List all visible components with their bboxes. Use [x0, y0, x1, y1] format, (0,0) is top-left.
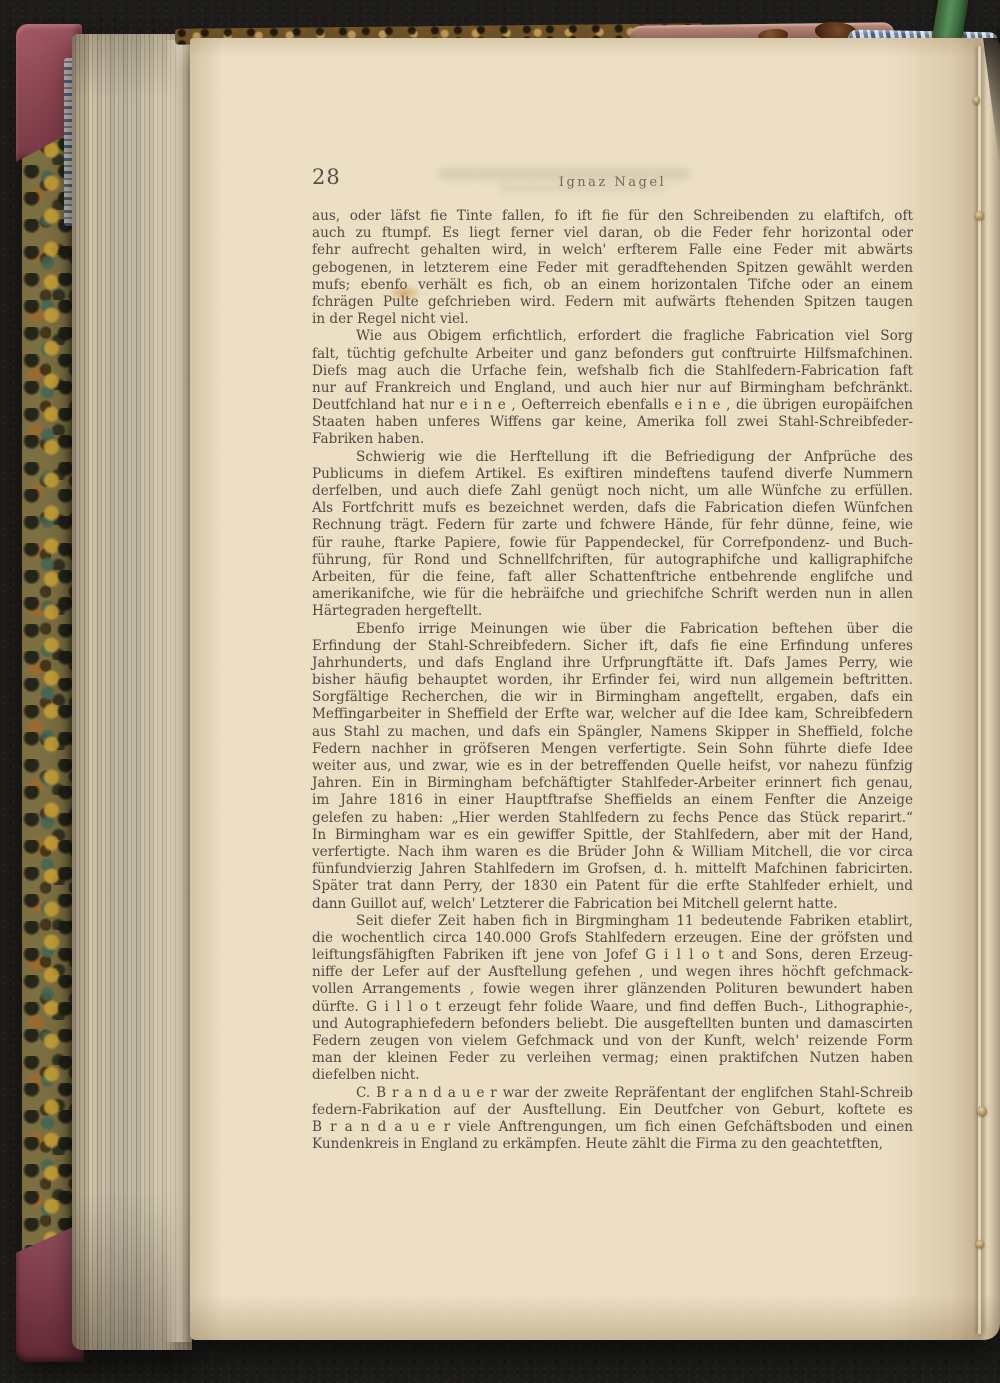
text-line: mufs; ebenfo verhält es fich, ob an eine…: [312, 277, 913, 294]
text-line: Härtegraden hergeftellt.: [312, 603, 913, 620]
text-line: B r a n d a u e r viele Anftrengungen, u…: [312, 1119, 913, 1136]
marbled-cover-edge: [22, 30, 76, 1356]
text-line: nur auf Frankreich und England, und auch…: [312, 380, 913, 397]
text-line: Jahren. Ein in Birmingham befchäftigter …: [312, 775, 913, 792]
binding-stitch-hole: [977, 1106, 987, 1116]
binding-stitch-hole: [976, 1240, 984, 1248]
binding-stitch-hole: [973, 96, 980, 104]
text-line: Kundenkreis in England zu erkämpfen. Heu…: [312, 1136, 913, 1153]
text-line: man der kleinen Feder zu verleihen verma…: [312, 1050, 913, 1067]
text-line: Publicums in diefem Artikel. Es exiftire…: [312, 466, 913, 483]
text-line: C. B r a n d a u e r war der zweite Repr…: [312, 1085, 913, 1102]
text-line: dann Guillot auf, welch' Letzterer die F…: [312, 896, 913, 913]
text-line: für rauhe, ftarke Papiere, fowie für Pap…: [312, 535, 913, 552]
text-line: gelefen zu haben: „Hier werden Stahlfede…: [312, 810, 913, 827]
text-line: Staaten haben unferes Wiffens gar keine,…: [312, 414, 913, 431]
text-line: Fabriken haben.: [312, 431, 913, 448]
text-line: im Jahre 1816 in einer Hauptftrafse Shef…: [312, 792, 913, 809]
text-line: Sorgfältige Recherchen, die wir in Birmi…: [312, 689, 913, 706]
text-line: leiftungsfähigften Fabriken ift jene von…: [312, 947, 913, 964]
binding-stitch-hole: [975, 211, 984, 220]
text-line: aus, oder läfst fie Tinte fallen, fo ift…: [312, 208, 913, 225]
text-line: Arbeiten, für die feine, faft aller Scha…: [312, 569, 913, 586]
text-line: fehr aufrecht gehalten wird, in welch' e…: [312, 242, 913, 259]
text-line: fünfundvierzig Jahren Stahlfedern im Gro…: [312, 861, 913, 878]
text-line: Jahrhunderts, und dafs England ihre Urfp…: [312, 655, 913, 672]
text-line: Seit diefer Zeit haben fich in Birgmingh…: [312, 913, 913, 930]
text-line: Meffingarbeiter in Sheffield der Erfte w…: [312, 706, 913, 723]
book-photo: 28 Ignaz Nagel aus, oder läfst fie Tinte…: [0, 0, 1000, 1383]
text-line: Rechnung trägt. Federn für zarte und fch…: [312, 517, 913, 534]
text-line: vollen Arrangements , fowie wegen ihrer …: [312, 981, 913, 998]
body-text: aus, oder läfst fie Tinte fallen, fo ift…: [312, 208, 913, 1153]
text-line: amerikanifche, wie für die hebräifche un…: [312, 586, 913, 603]
text-line: gebogenen, in letzterem eine Feder mit g…: [312, 260, 913, 277]
text-line: Schwierig wie die Herftellung ift die Be…: [312, 449, 913, 466]
text-line: und Autographiefedern befonders beliebt.…: [312, 1016, 913, 1033]
text-line: auch zu ftumpf. Es liegt ferner viel dar…: [312, 225, 913, 242]
text-line: in der Regel nicht viel.: [312, 311, 913, 328]
text-line: Deutfchland hat nur e i n e , Oefterreic…: [312, 397, 913, 414]
text-line: falt, tüchtig gefchulte Arbeiter und gan…: [312, 346, 913, 363]
text-line: Federn nachher in gröfseren Mengen verfe…: [312, 741, 913, 758]
text-line: Federn zeugen von vielem Gefchmack und v…: [312, 1033, 913, 1050]
gutter-crease: [978, 46, 981, 1334]
text-line: verfertigte. Nach ihm waren es die Brüde…: [312, 844, 913, 861]
text-line: dürfte. G i l l o t erzeugt fehr folide …: [312, 999, 913, 1016]
text-line: Als Fortfchritt mufs es bezeichnet werde…: [312, 500, 913, 517]
text-line: aus Stahl zu machen, und dafs ein Spängl…: [312, 724, 913, 741]
text-line: Diefs mag auch die Urfache fein, wefshal…: [312, 363, 913, 380]
text-line: In Birmingham war es ein gewiffer Spittl…: [312, 827, 913, 844]
text-line: fchrägen Pulte gefchrieben wird. Federn …: [312, 294, 913, 311]
text-line: diefelben nicht.: [312, 1067, 913, 1084]
text-line: Später trat dann Perry, der 1830 ein Pat…: [312, 878, 913, 895]
text-line: niffe der Lefer auf der Ausftellung gefe…: [312, 964, 913, 981]
page-stack-highlight: [164, 40, 192, 1342]
text-line: führung, für Rond und Schnellfchriften, …: [312, 552, 913, 569]
text-line: Wie aus Obigem erfichtlich, erfordert di…: [312, 328, 913, 345]
text-line: Ebenfo irrige Meinungen wie über die Fab…: [312, 621, 913, 638]
text-line: federn-Fabrikation auf der Ausftellung. …: [312, 1102, 913, 1119]
text-line: derfelben, und auch diefe Zahl genügt no…: [312, 483, 913, 500]
text-line: bisher häufig behauptet worden, ihr Erfi…: [312, 672, 913, 689]
text-line: Erfindung der Stahl-Schreibfedern. Siche…: [312, 638, 913, 655]
text-line: die wochentlich circa 140.000 Grofs Stah…: [312, 930, 913, 947]
running-header: Ignaz Nagel: [312, 175, 913, 190]
text-line: weiter aus, und zwar, wie es in der betr…: [312, 758, 913, 775]
